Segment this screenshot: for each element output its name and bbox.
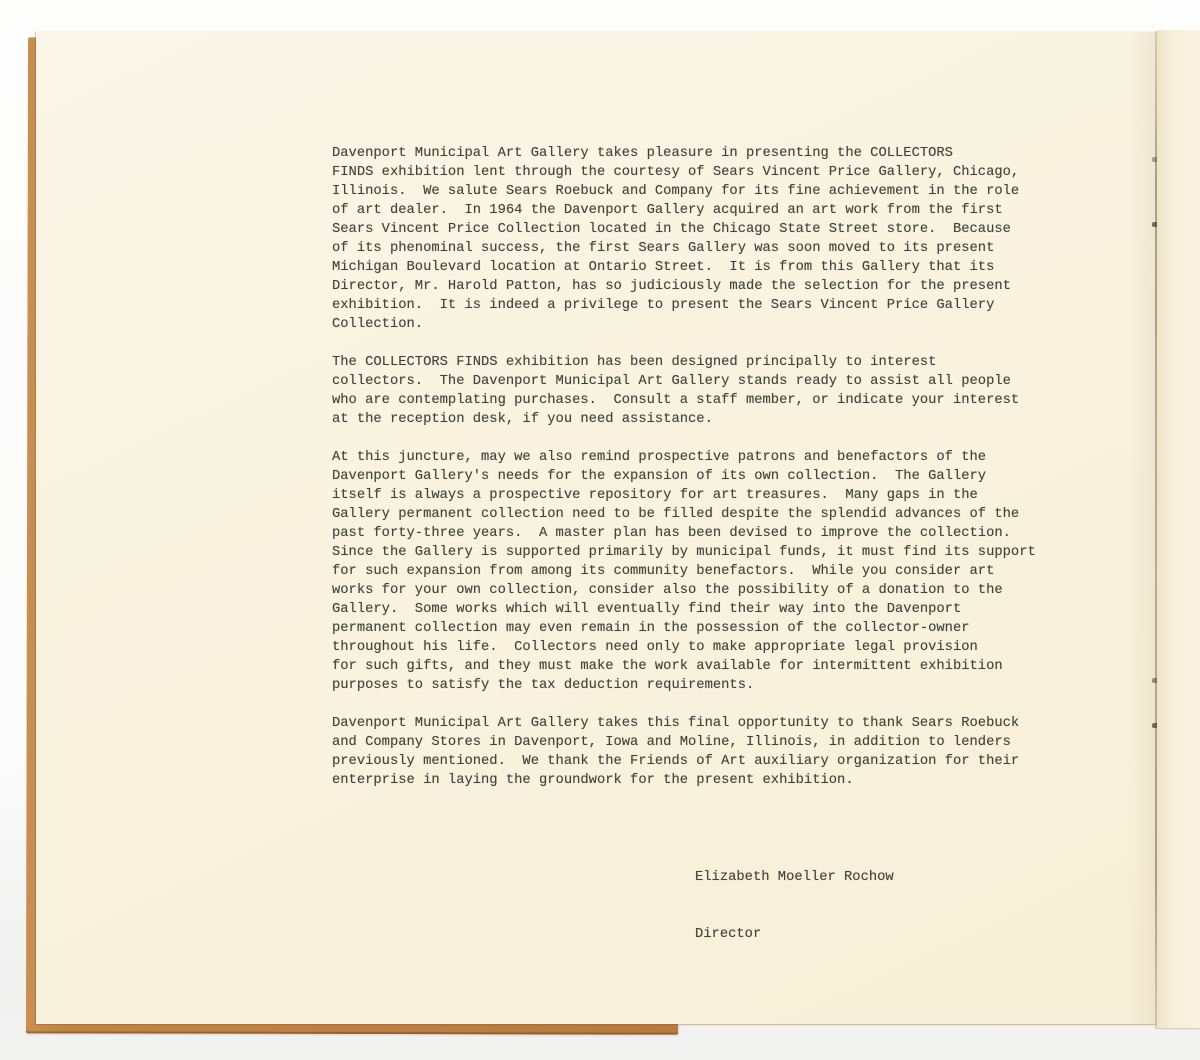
left-page: Davenport Municipal Art Gallery takes pl… (36, 32, 1156, 1024)
signature-title: Director (695, 925, 1092, 944)
right-page-edge (1157, 30, 1200, 1028)
signature-name: Elizabeth Moeller Rochow (695, 868, 1092, 887)
paragraph-collection-expansion: At this juncture, may we also remind pro… (332, 448, 1092, 695)
gutter-shadow (1128, 32, 1156, 1024)
page-text-block: Davenport Municipal Art Gallery takes pl… (332, 32, 1092, 982)
signature-block: Elizabeth Moeller Rochow Director (695, 830, 1092, 982)
scan-background: Davenport Municipal Art Gallery takes pl… (0, 0, 1200, 1060)
paragraph-exhibition-purpose: The COLLECTORS FINDS exhibition has been… (332, 353, 1092, 429)
paragraph-thanks: Davenport Municipal Art Gallery takes th… (332, 714, 1092, 790)
paragraph-intro: Davenport Municipal Art Gallery takes pl… (332, 144, 1092, 334)
